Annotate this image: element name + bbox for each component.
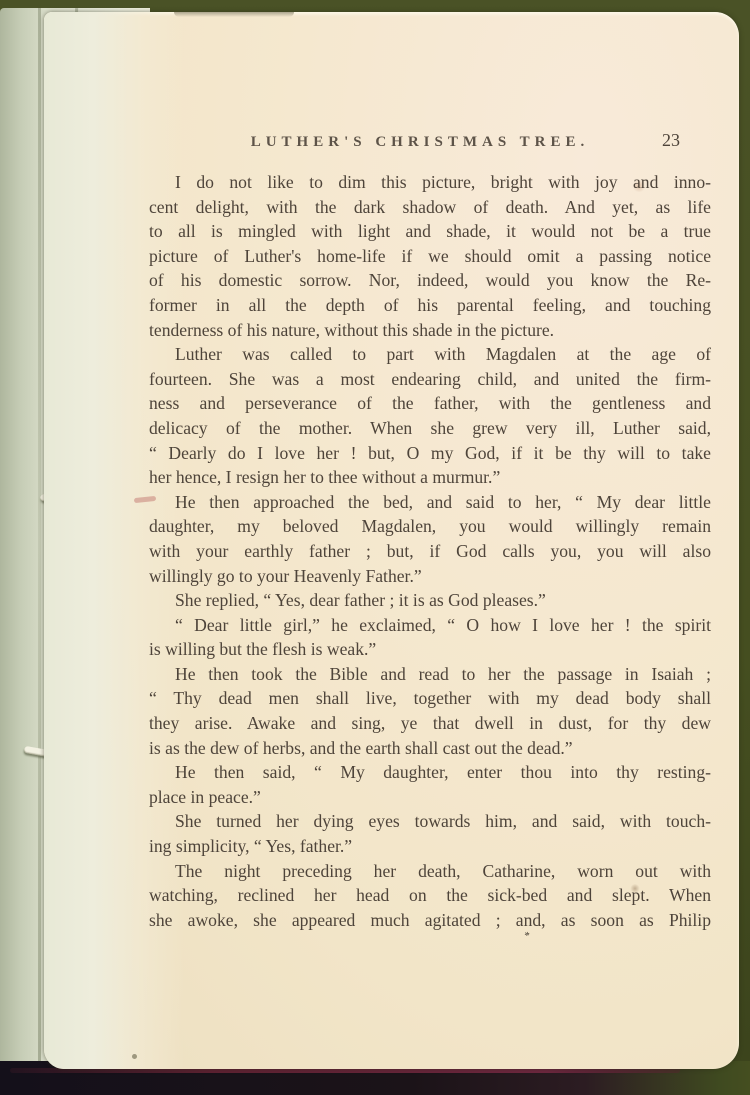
text-line: delicacy of the mother. When she grew ve… xyxy=(149,416,711,441)
text-line: He then approached the bed, and said to … xyxy=(149,490,711,515)
paragraph: “ Dear little girl,” he exclaimed, “ O h… xyxy=(149,613,711,662)
paragraph: Luther was called to part with Magdalen … xyxy=(149,342,711,490)
text-line: “ Dearly do I love her ! but, O my God, … xyxy=(149,441,711,466)
text-line: of his domestic sorrow. Nor, indeed, wou… xyxy=(149,268,711,293)
paragraph: She replied, “ Yes, dear father ; it is … xyxy=(149,588,711,613)
paragraph: He then took the Bible and read to her t… xyxy=(149,662,711,760)
scanned-book-photo: LUTHER'S CHRISTMAS TREE. 23 I do not lik… xyxy=(0,0,750,1095)
text-line: picture of Luther's home-life if we shou… xyxy=(149,244,711,269)
text-line: ness and perseverance of the father, wit… xyxy=(149,391,711,416)
running-title: LUTHER'S CHRISTMAS TREE. xyxy=(209,134,631,151)
page-edge-ridge xyxy=(38,8,41,1071)
text-line: He then took the Bible and read to her t… xyxy=(149,662,711,687)
paragraph: I do not like to dim this picture, brigh… xyxy=(149,170,711,342)
text-line: tenderness of his nature, without this s… xyxy=(149,318,711,343)
text-line: watching, reclined her head on the sick-… xyxy=(149,883,711,908)
text-line: to all is mingled with light and shade, … xyxy=(149,219,711,244)
text-line: She turned her dying eyes towards him, a… xyxy=(149,809,711,834)
text-line: with your earthly father ; but, if God c… xyxy=(149,539,711,564)
text-line: ing simplicity, “ Yes, father.” xyxy=(149,834,711,859)
paragraph: She turned her dying eyes towards him, a… xyxy=(149,809,711,858)
text-line: cent delight, with the dark shadow of de… xyxy=(149,195,711,220)
page-number: 23 xyxy=(631,130,711,151)
text-line: former in all the depth of his parental … xyxy=(149,293,711,318)
printers-mark: * xyxy=(523,930,530,943)
text-line: they arise. Awake and sing, ye that dwel… xyxy=(149,711,711,736)
text-line: She replied, “ Yes, dear father ; it is … xyxy=(149,588,711,613)
page-edge-shadow xyxy=(174,12,294,17)
text-line: “ Dear little girl,” he exclaimed, “ O h… xyxy=(149,613,711,638)
text-line: is willing but the flesh is weak.” xyxy=(149,637,711,662)
paragraph: He then said, “ My daughter, enter thou … xyxy=(149,760,711,809)
paragraph: The night preceding her death, Catharine… xyxy=(149,859,711,933)
text-line: daughter, my beloved Magdalen, you would… xyxy=(149,514,711,539)
page-text: I do not like to dim this picture, brigh… xyxy=(149,170,711,932)
text-line: He then said, “ My daughter, enter thou … xyxy=(149,760,711,785)
paragraph: He then approached the bed, and said to … xyxy=(149,490,711,588)
foxing-spot xyxy=(132,1054,137,1059)
text-line: I do not like to dim this picture, brigh… xyxy=(149,170,711,195)
running-header: LUTHER'S CHRISTMAS TREE. 23 xyxy=(149,130,711,151)
text-line: The night preceding her death, Catharine… xyxy=(149,859,711,884)
text-line: Luther was called to part with Magdalen … xyxy=(149,342,711,367)
text-line: she awoke, she appeared much agitated ; … xyxy=(149,908,711,933)
text-line: her hence, I resign her to thee without … xyxy=(149,465,711,490)
text-line: place in peace.” xyxy=(149,785,711,810)
text-line: is as the dew of herbs, and the earth sh… xyxy=(149,736,711,761)
text-line: “ Thy dead men shall live, together with… xyxy=(149,686,711,711)
text-line: fourteen. She was a most endearing child… xyxy=(149,367,711,392)
text-line: willingly go to your Heavenly Father.” xyxy=(149,564,711,589)
text-column: LUTHER'S CHRISTMAS TREE. 23 I do not lik… xyxy=(149,130,711,932)
book-page: LUTHER'S CHRISTMAS TREE. 23 I do not lik… xyxy=(44,12,739,1069)
